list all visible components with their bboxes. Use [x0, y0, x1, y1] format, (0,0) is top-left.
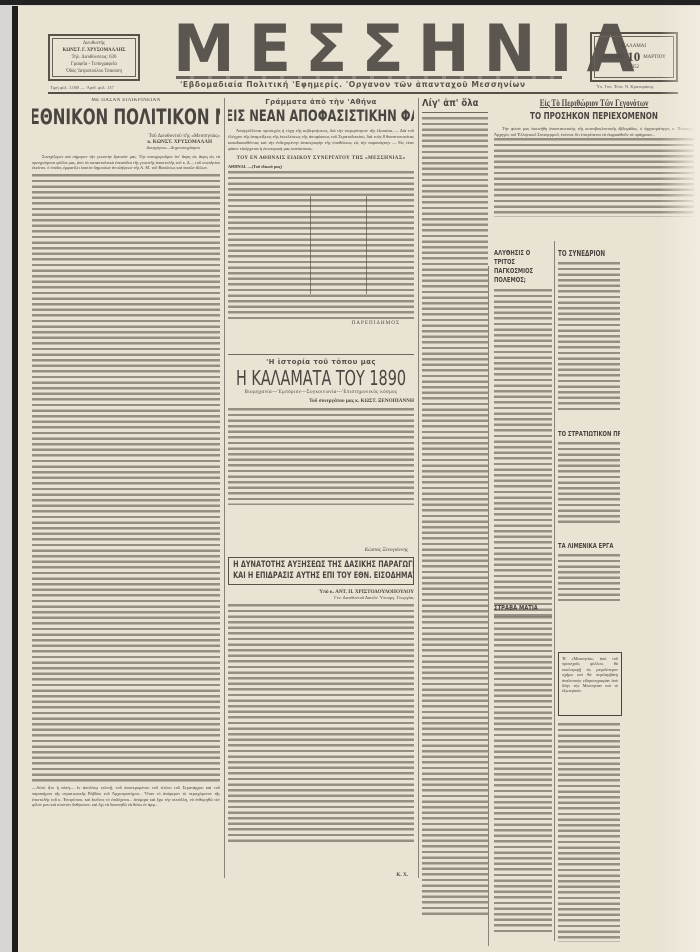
article-body	[228, 603, 414, 843]
director-phone: Τηλ. Διευθύνσεως: 636	[72, 54, 117, 61]
article-subhead: Βιομηχανία—'Εμπόριον—Συγκοινωνία—'Επιστη…	[228, 390, 414, 395]
article-events-margin: Εἰς Τὸ Περιθώριον Τῶν Γεγονότων ΤΟ ΠΡΟΣΗ…	[494, 98, 694, 243]
column-divider	[488, 266, 489, 946]
article-headline: ΤΑ ΛΙΜΕΝΙΚΑ ΕΡΓΑ	[558, 542, 605, 550]
section-rule	[228, 354, 414, 355]
month: ΜΑΡΤΙΟΥ	[643, 55, 666, 60]
article-body	[32, 173, 220, 783]
article-council: ΤΟ ΣΥΝΕΔΡΙΟΝ	[558, 249, 620, 424]
column-body	[422, 116, 488, 916]
article-headline: ΕΙΣ ΝΕΑΝ ΑΠΟΦΑΣΙΣΤΙΚΗΝ ΦΑΣΙΝ	[228, 106, 414, 126]
article-military-problem: ΤΟ ΣΤΡΑΤΙΩΤΙΚΟΝ ΠΡΟΒΛΗΜΑ	[558, 430, 620, 525]
article-closing: —Αὐτὸ ἦτο ἡ αὐτή— ἐν ἀπολύτῳ τελετῇ, τοῦ…	[32, 785, 220, 808]
history-signature: Κώστας Ξενογιάννης	[348, 547, 408, 553]
section-rule	[422, 112, 488, 113]
article-body	[558, 261, 620, 411]
weekday: ΔΕΥΤΕΡΑ	[602, 55, 624, 60]
article-headline: Εἰς Τὸ Περιθώριον Τῶν Γεγονότων	[514, 98, 674, 108]
publisher-info-box: Διευθυντής ΚΩΝΣΤ. Γ. ΧΡΥΣΟΜΑΛΛΗΣ Τηλ. Δι…	[48, 34, 140, 81]
year: 1952	[629, 65, 639, 70]
print-supervisor: Ὑπ. Τυπ. 'Επιτ. Ν. Κραναράκης	[596, 84, 654, 89]
article-headline: ΤΟ ΣΥΝΕΔΡΙΟΝ	[558, 249, 605, 258]
article-author-title: Γεν. Διευθυντοῦ Δασῶν Ὑπουργ. Γεωργίας	[228, 595, 414, 600]
headline-box: Η ΔΥΝΑΤΟΤΗΣ ΑΥΞΗΣΕΩΣ ΤΗΣ ΔΑΣΙΚΗΣ ΠΑΡΑΓΩΓ…	[228, 557, 414, 585]
article-lead: Συνεχίζομεν καὶ σήμερον τὴν γνωστὴν ἔρευ…	[32, 154, 220, 171]
article-subhead: ΤΟ ΠΡΟΣΗΚΟΝ ΠΕΡΙΕΧΟΜΕΝΟΝ	[508, 110, 681, 124]
newspaper-subtitle: 'Εβδομαδιαία Πολιτική 'Εφημερίς. 'Οργανο…	[180, 80, 570, 89]
article-forest-production: Η ΔΥΝΑΤΟΤΗΣ ΑΥΞΗΣΕΩΣ ΤΗΣ ΔΑΣΙΚΗΣ ΠΑΡΑΓΩΓ…	[228, 557, 414, 857]
article-kicker: ΜΕ ΠΑΣΑΝ ΕΙΛΙΚΡΙΝΕΙΑΝ	[32, 98, 220, 103]
article-signature: ΠΑΡΕΠΙΔΗΜΟΣ	[228, 320, 414, 326]
column-divider	[554, 241, 555, 941]
column-headline: Λίγ' ἀπ' ὅλα	[422, 98, 478, 109]
article-headline: ΚΑΙ Η ΕΠΙΔΡΑΣΙΣ ΑΥΤΗΣ ΕΠΙ ΤΟΥ ΕΘΝ. ΕΙΣΟΔ…	[233, 571, 409, 582]
article-body	[494, 615, 552, 935]
date-box: ΚΑΛΑΜΑΙ ΔΕΥΤΕΡΑ 10 ΜΑΡΤΙΟΥ 1952	[590, 32, 678, 82]
article-athens-letter: Γράμματα ἀπὸ τὴν 'Αθήνα ΕΙΣ ΝΕΑΝ ΑΠΟΦΑΣΙ…	[228, 98, 414, 348]
newspaper-page: Διευθυντής ΚΩΝΣΤ. Γ. ΧΡΥΣΟΜΑΛΛΗΣ Τηλ. Δι…	[12, 6, 700, 952]
article-headline: Η ΚΑΛΑΜΑΤΑ ΤΟΥ 1890	[228, 366, 414, 390]
article-harbor-works: ΤΑ ΛΙΜΕΝΙΚΑ ΕΡΓΑ	[558, 542, 620, 602]
day-number: 10	[627, 49, 640, 65]
article-kicker: Γράμματα ἀπὸ τὴν 'Αθήνα	[228, 98, 414, 106]
article-headline: Η ΔΥΝΑΤΟΤΗΣ ΑΥΞΗΣΕΩΣ ΤΗΣ ΔΑΣΙΚΗΣ ΠΑΡΑΓΩΓ…	[233, 560, 409, 571]
correspondent-line: ΤΟΥ ΕΝ ΑΘΗΝΑΙΣ ΕΙΔΙΚΟΥ ΣΥΝΕΡΓΑΤΟΥ ΤΗΣ «Μ…	[228, 156, 414, 161]
newspaper-title: ΜΕΣΣΗΝΙΑ	[173, 19, 563, 80]
article-headline: ΑΛΥΘΗΣΙΣ Ο ΤΡΙΤΟΣ ΠΑΓΚΟΣΜΙΟΣ ΠΟΛΕΜΟΣ;	[494, 249, 552, 285]
date-line: ΔΕΥΤΕΡΑ 10 ΜΑΡΤΙΟΥ	[602, 49, 665, 65]
issue-price: Τιμὴ φύλ. 1.000 — 'Αριθ. φύλ. 137	[50, 85, 114, 90]
scan-top-edge	[0, 0, 700, 5]
article-body	[228, 170, 414, 320]
director-label: Διευθυντής	[83, 40, 105, 47]
boxed-notice: Ἡ «Μεσσηνία», ἀπὸ τοῦ προσεχοῦς φύλλου, …	[558, 652, 622, 716]
column-divider	[224, 98, 225, 878]
article-byline: Τοῦ συνεργάτου μας κ. ΚΩΣΤ. ΞΕΝΟΠΙΑΝΝΗ	[228, 398, 414, 404]
column-a-little-of-everything: Λίγ' ἀπ' ὅλα	[422, 98, 488, 938]
article-body	[494, 137, 694, 217]
article-body	[228, 407, 414, 505]
article-lead: Ἀπαγγέλλεται προσεχῶς ἡ τύχη τῆς κυβερνή…	[228, 128, 414, 152]
masthead-rule	[48, 92, 678, 94]
article-body	[558, 722, 620, 942]
article-kicker: 'Η ἱστορία τοῦ τόπου μας	[228, 358, 414, 366]
article-author-title: Δικηγόρου—Δημοσιογράφου	[32, 145, 220, 150]
article-national-front: ΜΕ ΠΑΣΑΝ ΕΙΛΙΚΡΙΝΕΙΑΝ ΕΘΝΙΚΟΝ ΠΟΛΙΤΙΚΟΝ …	[32, 98, 220, 948]
article-headline: ΣΤΡΑΒΑ ΜΑΤΙΑ	[494, 604, 538, 612]
article-lead: Τὴν φύσιν μας ἐκκινήθη ἀναστατωτικής τῆς…	[494, 126, 694, 137]
director-name: ΚΩΝΣΤ. Γ. ΧΡΥΣΟΜΑΛΛΗΣ	[63, 47, 126, 54]
article-continuation	[558, 722, 620, 942]
notice-text: Ἡ «Μεσσηνία», ἀπὸ τοῦ προσεχοῦς φύλλου, …	[562, 656, 618, 694]
offices-address: Ὁδὸς Ἰατροπούλου Τσαούση	[66, 68, 122, 75]
article-headline: ΤΟ ΣΤΡΑΤΙΩΤΙΚΟΝ ΠΡΟΒΛΗΜΑ	[558, 430, 605, 438]
article-kalamata-1890: 'Η ἱστορία τοῦ τόπου μας Η ΚΑΛΑΜΑΤΑ ΤΟΥ …	[228, 351, 414, 511]
article-body	[494, 288, 552, 618]
article-headline: ΕΘΝΙΚΟΝ ΠΟΛΙΤΙΚΟΝ ΜΕΤΩΠΟΝ	[32, 104, 220, 130]
article-body	[558, 441, 620, 523]
column-signature: Κ. Χ.	[358, 872, 408, 878]
title-rule	[176, 76, 562, 79]
article-body	[558, 553, 620, 601]
offices-label: Γραφεῖα - Τυπογραφεῖα	[71, 61, 117, 68]
column-divider	[418, 98, 419, 878]
article-crooked-eye: ΣΤΡΑΒΑ ΜΑΤΙΑ	[494, 604, 552, 944]
